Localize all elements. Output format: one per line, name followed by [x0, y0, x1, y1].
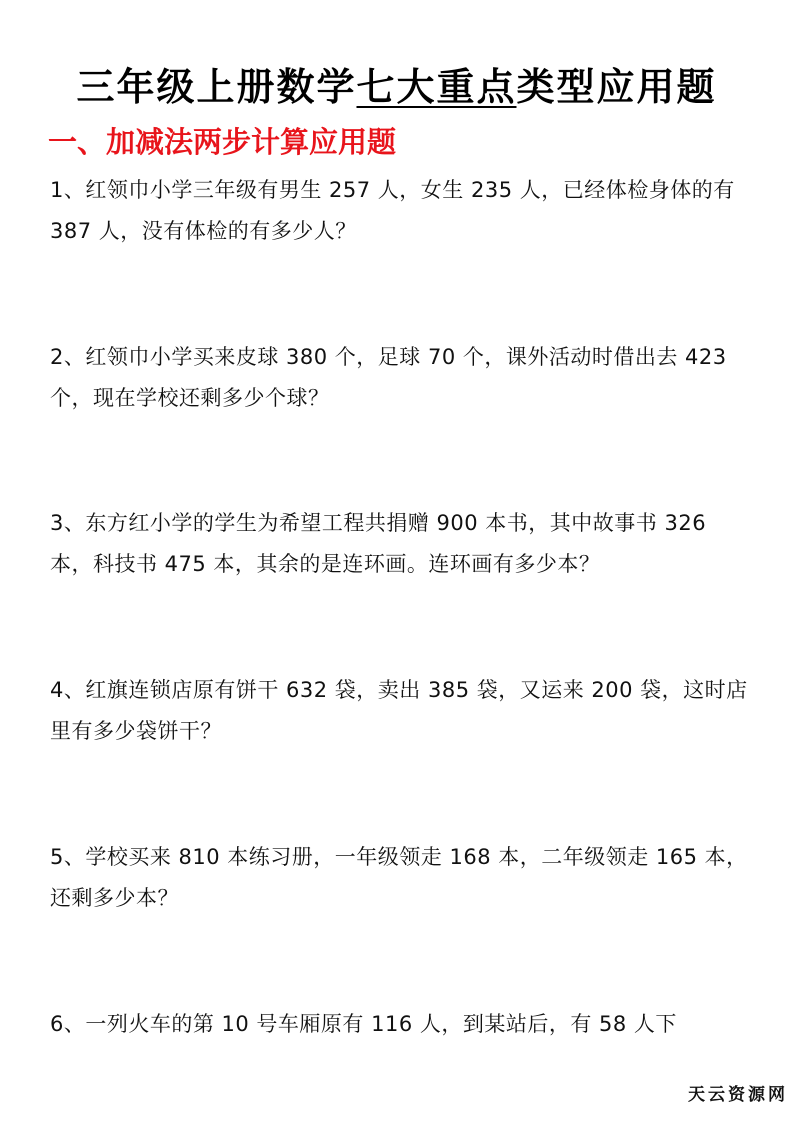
- question-1: 1、红领巾小学三年级有男生 257 人，女生 235 人，已经体检身体的有 38…: [50, 170, 750, 252]
- watermark: 天云资源网: [683, 1080, 793, 1105]
- question-3: 3、东方红小学的学生为希望工程共捐赠 900 本书，其中故事书 326 本，科技…: [50, 503, 750, 585]
- question-5: 5、学校买来 810 本练习册，一年级领走 168 本，二年级领走 165 本，…: [50, 837, 750, 919]
- section-heading: 一、加减法两步计算应用题: [48, 120, 396, 161]
- title-part-2: 类型应用题: [517, 65, 717, 109]
- question-6: 6、一列火车的第 10 号车厢原有 116 人，到某站后，有 58 人下: [50, 1004, 750, 1045]
- document-title: 三年级上册数学七大重点类型应用题: [0, 56, 793, 111]
- title-underlined: 七大重点: [356, 65, 516, 109]
- question-2: 2、红领巾小学买来皮球 380 个，足球 70 个，课外活动时借出去 423 个…: [50, 337, 750, 419]
- question-4: 4、红旗连锁店原有饼干 632 袋，卖出 385 袋，又运来 200 袋，这时店…: [50, 670, 750, 752]
- title-part-1: 三年级上册数学: [76, 65, 356, 109]
